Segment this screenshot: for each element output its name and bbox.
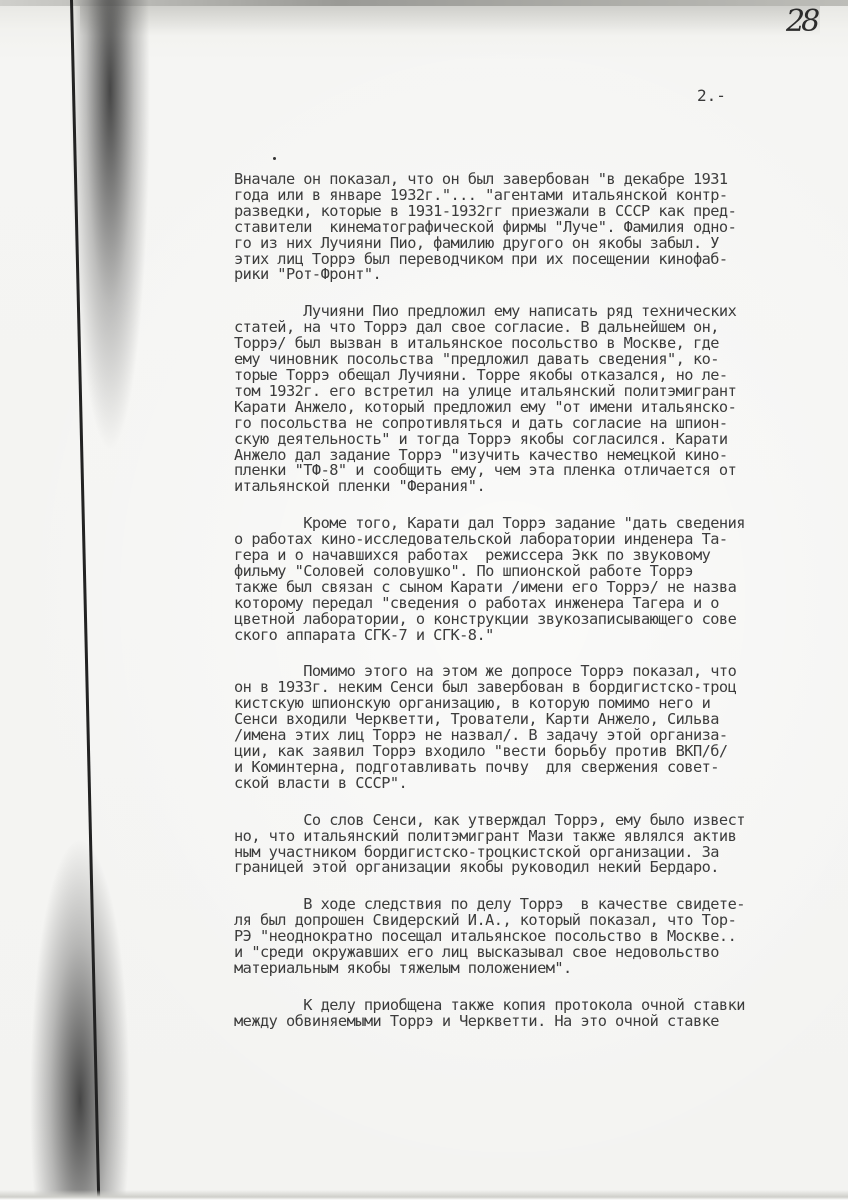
text-line: ского аппарата СГК-7 и СГК-8." bbox=[234, 628, 834, 644]
paragraph: Вначале он показал, что он был завербова… bbox=[234, 172, 834, 283]
text-line: границей этой организации якобы руководи… bbox=[234, 860, 834, 876]
text-line: ской власти в СССР". bbox=[234, 776, 834, 792]
handwritten-folio-number: 28 bbox=[786, 4, 816, 39]
scan-smudge bbox=[80, 6, 820, 36]
scan-bottom-edge bbox=[0, 1190, 848, 1200]
document-body: Вначале он показал, что он был завербова… bbox=[234, 172, 834, 1051]
text-line: между обвиняемыми Торрэ и Черкветти. На … bbox=[234, 1014, 834, 1030]
page-number: 2.- bbox=[697, 86, 726, 105]
paragraph: К делу приобщена также копия протокола о… bbox=[234, 998, 834, 1030]
paragraph: Лучияни Пио предложил ему написать ряд т… bbox=[234, 304, 834, 495]
text-line: рики "Рот-Фронт". bbox=[234, 267, 834, 283]
paragraph: В ходе следствия по делу Торрэ в качеств… bbox=[234, 897, 834, 977]
paragraph: Помимо этого на этом же допросе Торрэ по… bbox=[234, 664, 834, 791]
text-line: материальным якобы тяжелым положением". bbox=[234, 961, 834, 977]
text-line: итальянской пленки "Ферания". bbox=[234, 479, 834, 495]
paragraph: Со слов Сенси, как утверждал Торрэ, ему … bbox=[234, 813, 834, 877]
paragraph: Кроме того, Карати дал Торрэ задание "да… bbox=[234, 516, 834, 643]
binding-shadow bbox=[20, 0, 160, 1200]
ink-mark bbox=[273, 157, 276, 160]
